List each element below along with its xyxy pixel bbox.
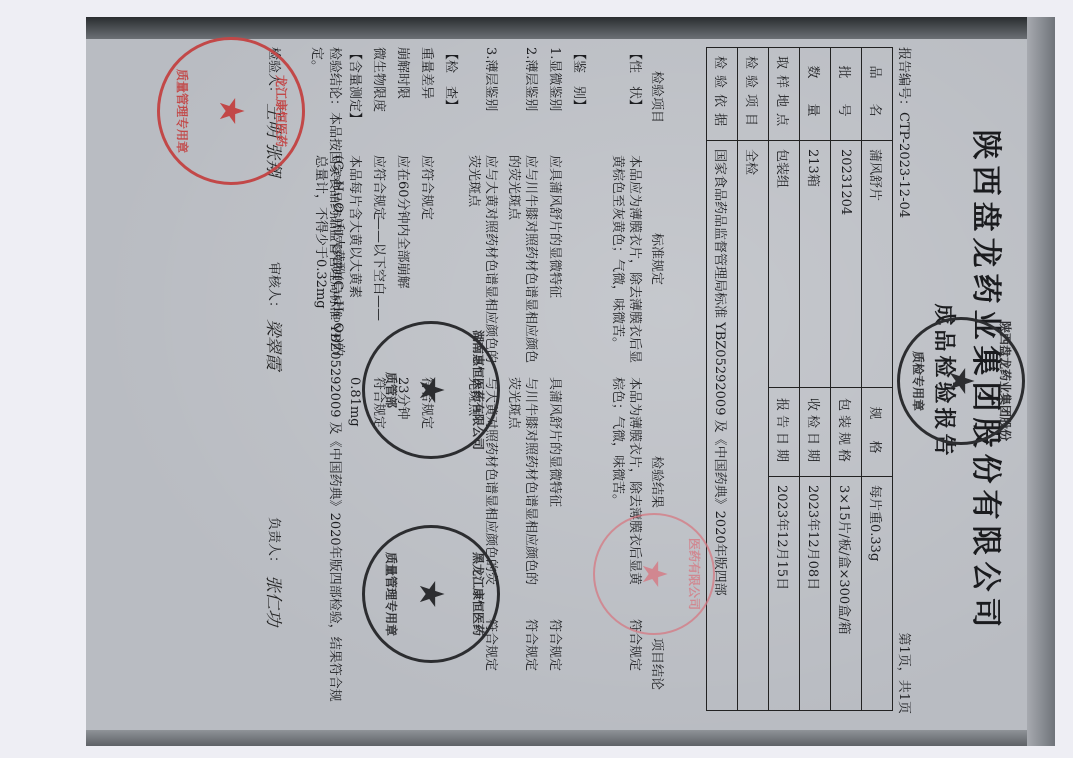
table-row: 检验依据 国家食品药品监督管理局标准 YBZ05292009 及《中国药典》20… bbox=[707, 48, 738, 711]
result-standard: 应与川牛膝对照药材色谱显相应颜色的荧光斑点 bbox=[505, 155, 539, 363]
result-item: 【性 状】 bbox=[626, 47, 643, 147]
result-value: 与川牛膝对照药材色谱显相应颜色的荧光斑点 bbox=[505, 377, 539, 587]
result-item: 崩解时限 bbox=[394, 47, 411, 147]
blank-marker: ——以下空白—— bbox=[371, 217, 390, 321]
page-indicator: 第1页，共1页 bbox=[896, 632, 915, 714]
result-item: 【含量测定】 bbox=[346, 47, 363, 147]
star-icon: ★ bbox=[944, 366, 978, 396]
result-row: 2.薄层鉴别应与川牛膝对照药材色谱显相应颜色的荧光斑点与川牛膝对照药材色谱显相应… bbox=[503, 47, 539, 711]
result-standard: 本品应为薄膜衣片，除去薄膜衣后显黄棕色至灰黄色；气微，味微苦。 bbox=[609, 155, 643, 363]
result-standard: 应具蒲风舒片的显微特征 bbox=[546, 155, 563, 363]
cell-value: 2023年12月15日 bbox=[769, 477, 800, 711]
cell-value: 20231204 bbox=[831, 141, 862, 388]
cell-label: 包装规格 bbox=[831, 388, 862, 477]
red-quality-stamp: 龙江康恒医药 ★ 质量管理专用章 bbox=[157, 37, 305, 185]
cell-value: 包装组 bbox=[769, 141, 800, 388]
star-icon: ★ bbox=[637, 559, 671, 589]
report-number-label: 报告编号： bbox=[896, 47, 911, 112]
table-row: 检验项目 全检 bbox=[738, 48, 769, 711]
cell-value: 国家食品药品监督管理局标准 YBZ05292009 及《中国药典》2020年版四… bbox=[707, 141, 738, 711]
cell-label: 检验项目 bbox=[738, 48, 769, 141]
inspection-report-page: 陕西盘龙药业集团股份有限公司 成品检验报告 报告编号：CTP-2023-12-0… bbox=[86, 17, 1055, 746]
table-row: 数 量 213箱 收检日期 2023年12月08日 bbox=[800, 48, 831, 711]
reviewer-signature: 梁翠霞 bbox=[263, 319, 288, 370]
cell-value: 3×15片/板/盒×300盒/箱 bbox=[831, 477, 862, 711]
result-item: 【鉴 别】 bbox=[570, 47, 587, 147]
quality-stamp: 黑龙江康恒医药 ★ 质量管理专用章 bbox=[362, 525, 500, 663]
manager-signature: 张仁功 bbox=[263, 575, 288, 626]
inspection-conclusion: 检验结论：本品按国家食品药品监督管理局标准 YBZ05292009 及《中国药典… bbox=[307, 47, 343, 717]
result-item: 2.薄层鉴别 bbox=[522, 47, 539, 147]
table-row: 品 名 蒲风舒片 规 格 每片重0.33g bbox=[862, 48, 893, 711]
manager-label: 负责人： bbox=[266, 517, 285, 569]
result-item: 微生物限度 bbox=[370, 47, 387, 147]
reviewer-label: 审核人： bbox=[266, 262, 285, 314]
pink-stamp: 医药有限公司 ★ bbox=[593, 513, 715, 635]
result-conclusion: 符合规定 bbox=[522, 619, 539, 709]
result-row: 【鉴 别】 bbox=[567, 47, 587, 711]
star-icon: ★ bbox=[214, 96, 248, 126]
company-report-stamp: 陕西盘龙药业集团股份 ★ 质检专用章 bbox=[897, 317, 1025, 445]
result-row: 1.显微鉴别应具蒲风舒片的显微特征具蒲风舒片的显微特征符合规定 bbox=[543, 47, 563, 711]
report-number: 报告编号：CTP-2023-12-04 bbox=[896, 47, 915, 218]
cell-label: 收检日期 bbox=[800, 388, 831, 477]
table-row: 取样地点 包装组 报告日期 2023年12月15日 bbox=[769, 48, 800, 711]
cell-label: 规 格 bbox=[862, 388, 893, 477]
result-item: 3.薄层鉴别 bbox=[482, 47, 499, 147]
result-conclusion: 符合规定 bbox=[546, 619, 563, 709]
star-icon: ★ bbox=[414, 579, 448, 609]
conclusion-text: 本品按国家食品药品监督管理局标准 YBZ05292009 及《中国药典》2020… bbox=[309, 47, 342, 702]
distributor-stamp: 湖南惠恒医药有限公司 ★ 质管部 bbox=[362, 321, 500, 459]
result-item: 【检 查】 bbox=[442, 47, 459, 147]
cell-value: 全检 bbox=[738, 141, 769, 711]
cell-label: 数 量 bbox=[800, 48, 831, 141]
header-item: 检验项目 bbox=[648, 47, 665, 147]
result-value: 0.81mg bbox=[346, 377, 363, 587]
cell-label: 检验依据 bbox=[707, 48, 738, 141]
cell-label: 批 号 bbox=[831, 48, 862, 141]
conclusion-label: 检验结论： bbox=[327, 47, 342, 112]
result-item: 重量差异 bbox=[418, 47, 435, 147]
star-icon: ★ bbox=[414, 375, 448, 405]
cell-value: 2023年12月08日 bbox=[800, 477, 831, 711]
header-standard: 标准规定 bbox=[648, 155, 665, 363]
result-item: 1.显微鉴别 bbox=[546, 47, 563, 147]
result-value: 具蒲风舒片的显微特征 bbox=[546, 377, 563, 587]
cell-label: 报告日期 bbox=[769, 388, 800, 477]
cell-value: 每片重0.33g bbox=[862, 477, 893, 711]
report-number-value: CTP-2023-12-04 bbox=[896, 112, 911, 218]
table-row: 批 号 20231204 包装规格 3×15片/板/盒×300盒/箱 bbox=[831, 48, 862, 711]
cell-label: 品 名 bbox=[862, 48, 893, 141]
cell-value: 蒲风舒片 bbox=[862, 141, 893, 388]
cell-label: 取样地点 bbox=[769, 48, 800, 141]
product-info-table: 品 名 蒲风舒片 规 格 每片重0.33g 批 号 20231204 包装规格 … bbox=[706, 47, 893, 711]
cell-value: 213箱 bbox=[800, 141, 831, 388]
